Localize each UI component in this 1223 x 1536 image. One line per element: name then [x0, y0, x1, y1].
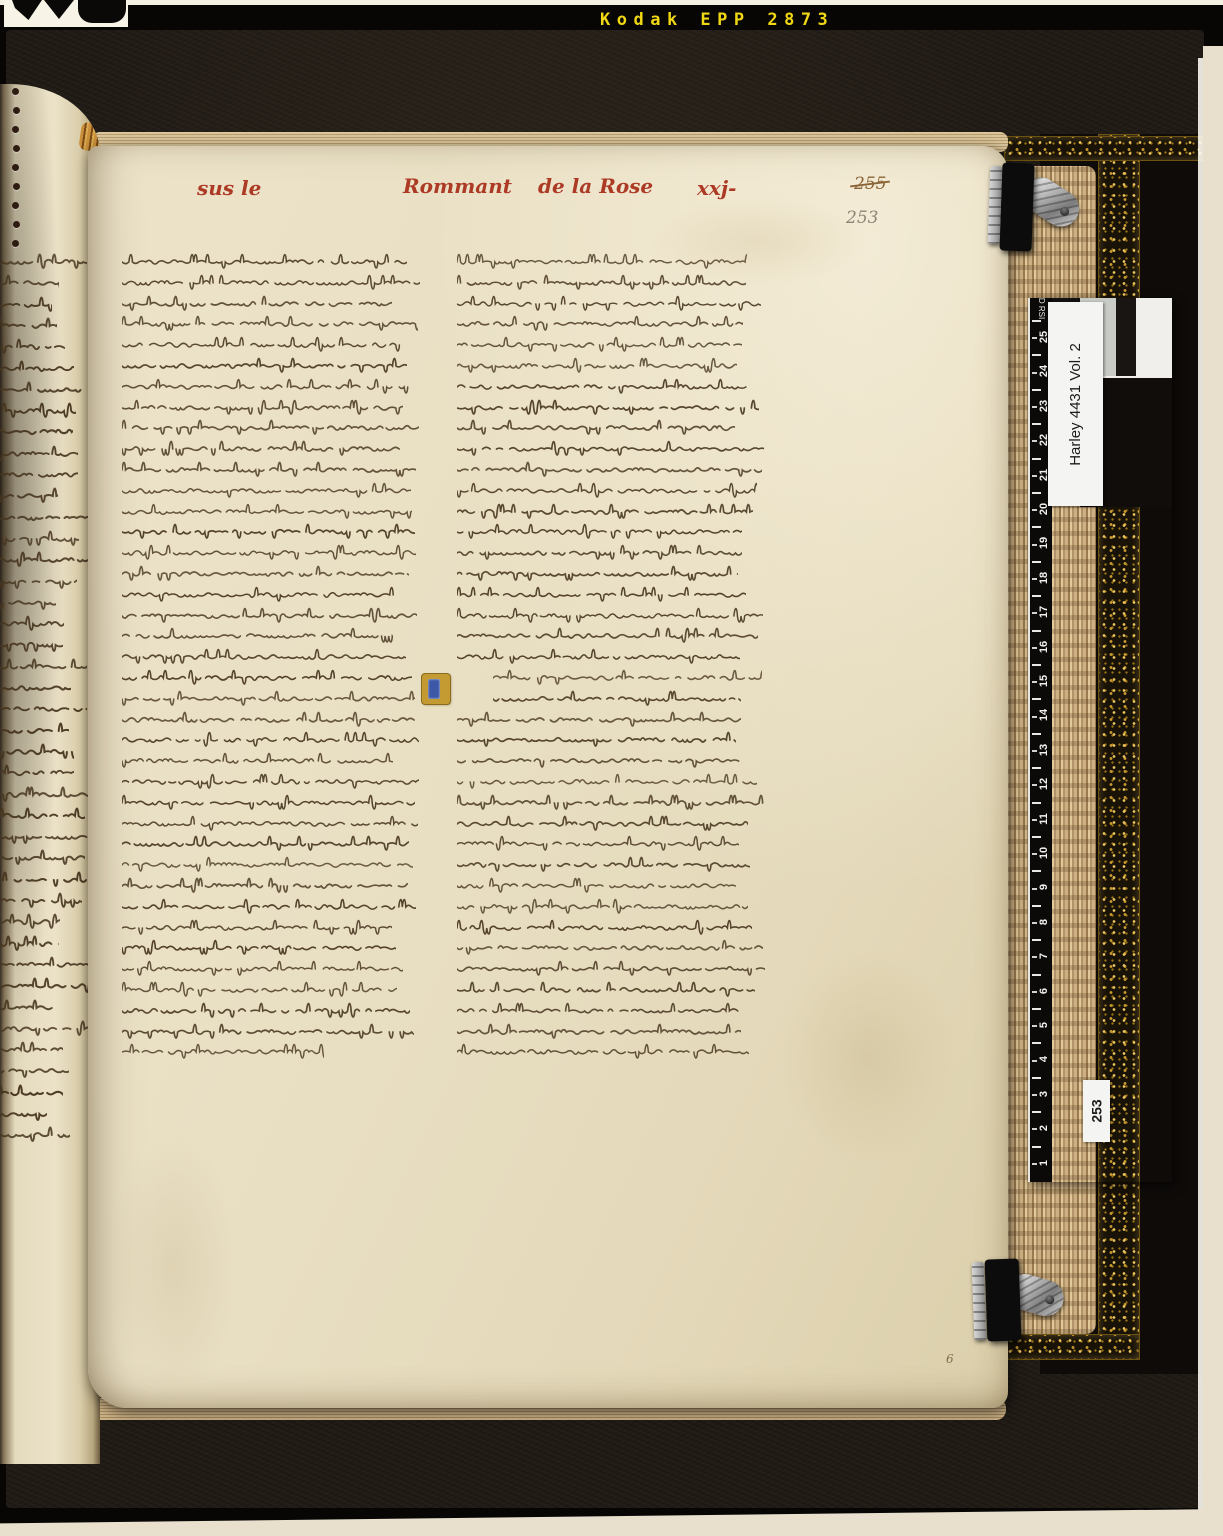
ruler-tick-major — [1032, 870, 1041, 872]
ruler-tick-major — [1032, 1008, 1041, 1010]
manuscript-text-line — [0, 612, 64, 632]
facing-page-edge — [0, 84, 100, 1464]
manuscript-text-line — [457, 853, 750, 873]
binder-clip-bottom — [985, 1258, 1022, 1341]
gilt-cover-border-bottom — [1004, 1334, 1140, 1360]
manuscript-text-line — [0, 889, 82, 909]
sewing-hole-dot — [12, 88, 19, 95]
manuscript-text-line — [0, 633, 63, 653]
sewing-hole-dot — [12, 202, 19, 209]
manuscript-text-line — [457, 416, 735, 436]
ruler-number: 12 — [1034, 770, 1054, 798]
film-edge-highlight — [840, 1, 1220, 4]
manuscript-text-line — [457, 624, 758, 644]
manuscript-text-line — [0, 527, 79, 547]
manuscript-text-line — [457, 1020, 741, 1040]
manuscript-text-line — [0, 293, 52, 313]
manuscript-text-line — [0, 548, 93, 568]
film-edge-markings — [4, 0, 128, 27]
manuscript-text-line — [0, 591, 56, 611]
manuscript-text-line — [0, 783, 94, 803]
manuscript-text-line — [457, 1040, 749, 1060]
manuscript-text-line — [0, 1081, 63, 1101]
ruler-tick-major — [1032, 664, 1041, 666]
ruler-number: 16 — [1034, 633, 1054, 661]
sewing-hole-dot — [13, 221, 20, 228]
sewing-hole-dot — [13, 145, 20, 152]
manuscript-text-line — [457, 728, 736, 748]
ruler-number: 10 — [1034, 839, 1054, 867]
manuscript-page: sus le Rommant de la Rose xxj- 255 253 6 — [88, 146, 1008, 1408]
manuscript-text-line — [457, 458, 762, 478]
manuscript-text-line — [457, 520, 742, 540]
sewing-hole-dot — [13, 107, 20, 114]
ruler-number: 11 — [1034, 805, 1054, 833]
ruler-tick-major — [1032, 733, 1041, 735]
manuscript-text-line — [457, 583, 746, 603]
manuscript-text-line — [0, 420, 73, 440]
manuscript-text-line — [0, 996, 57, 1016]
ruler-number: 9 — [1034, 873, 1054, 901]
ruler-tick-major — [1032, 354, 1041, 356]
ruler-number: 4 — [1034, 1045, 1054, 1073]
manuscript-text-line — [0, 761, 74, 781]
manuscript-text-line — [457, 812, 748, 832]
ruler-number: 18 — [1034, 564, 1054, 592]
shelfmark-label: Harley 4431 Vol. 2 — [1048, 302, 1103, 506]
decorated-initial-A — [422, 674, 450, 704]
ruler-tick-major — [1032, 974, 1041, 976]
manuscript-text-line — [457, 312, 743, 332]
folio-label-text: 253 — [1088, 1099, 1104, 1122]
manuscript-text-line — [0, 378, 84, 398]
ruler-tick-major — [1032, 802, 1041, 804]
manuscript-text-line — [457, 957, 765, 977]
manuscript-text-line — [0, 570, 77, 590]
manuscript-text-line — [0, 1059, 69, 1079]
manuscript-text-line — [457, 437, 764, 457]
manuscript-text-line — [0, 357, 74, 377]
manuscript-text-line — [0, 846, 85, 866]
manuscript-text-line — [457, 250, 747, 270]
ruler-number: 19 — [1034, 529, 1054, 557]
ruler-number: 17 — [1034, 598, 1054, 626]
ruler-tick-major — [1032, 630, 1041, 632]
manuscript-text-line — [0, 506, 89, 526]
ruler-number: 8 — [1034, 908, 1054, 936]
ruler-number: 3 — [1034, 1080, 1054, 1108]
manuscript-text-line — [457, 479, 757, 499]
ruler-tick-major — [1032, 767, 1041, 769]
manuscript-text-line — [457, 999, 744, 1019]
ruler-tick-major — [1032, 1042, 1041, 1044]
ruler-number: 7 — [1034, 942, 1054, 970]
manuscript-text-line — [457, 396, 759, 416]
manuscript-text-line — [457, 916, 752, 936]
manuscript-text-line — [457, 354, 737, 374]
manuscript-text-line — [457, 791, 764, 811]
manuscript-text-line — [457, 708, 741, 728]
manuscript-text-line — [0, 932, 59, 952]
sewing-hole-dot — [13, 183, 20, 190]
ruler-tick-major — [1032, 698, 1041, 700]
ruler-tick-major — [1032, 561, 1041, 563]
manuscript-text-line — [457, 978, 755, 998]
manuscript-text-line — [493, 666, 762, 686]
initial-infill — [428, 679, 440, 699]
manuscript-text-line — [0, 1102, 47, 1122]
manuscript-text-line — [0, 676, 71, 696]
manuscript-text-line — [0, 335, 65, 355]
photograph-of-manuscript: sus le Rommant de la Rose xxj- 255 253 6… — [0, 0, 1223, 1536]
manuscript-text-line — [457, 749, 743, 769]
manuscript-text-line — [457, 832, 739, 852]
text-column-right — [88, 146, 1008, 1408]
manuscript-text-line — [0, 484, 58, 504]
folio-label: 253 — [1083, 1080, 1110, 1142]
manuscript-text-line — [0, 719, 69, 739]
manuscript-text-line — [457, 645, 740, 665]
manuscript-text-line — [457, 936, 763, 956]
manuscript-text-line — [457, 333, 742, 353]
ruler-top-label-text: D RSI — [1038, 297, 1047, 318]
film-notch — [12, 0, 42, 20]
manuscript-text-line — [0, 953, 92, 973]
ruler-tick-major — [1032, 423, 1041, 425]
film-mat-bottom — [0, 1506, 1223, 1536]
ruler-number: 14 — [1034, 701, 1054, 729]
color-calibration-bar: D RSI 2524232221201918171615141312111098… — [1028, 298, 1172, 1182]
ruler-number: 6 — [1034, 977, 1054, 1005]
manuscript-text-line — [457, 874, 739, 894]
film-stock-label: Kodak EPP 2873 — [600, 8, 834, 32]
manuscript-text-line — [0, 463, 78, 483]
ruler-tick-major — [1032, 492, 1041, 494]
quire-mark: 6 — [946, 1352, 954, 1366]
film-notch — [44, 0, 74, 19]
ruler-tick-major — [1032, 320, 1041, 322]
ruler-tick-major — [1032, 458, 1041, 460]
ruler-tick-major — [1032, 1077, 1041, 1079]
manuscript-text-line — [0, 868, 89, 888]
ruler-number: 2 — [1034, 1114, 1054, 1142]
ruler-tick-major — [1032, 1111, 1041, 1113]
manuscript-text-line — [457, 770, 757, 790]
binder-clip-top — [999, 162, 1034, 251]
sewing-hole-dot — [12, 164, 19, 171]
ruler-tick-major — [1032, 939, 1041, 941]
facing-page-text — [0, 84, 100, 1464]
ruler-tick-major — [1032, 836, 1041, 838]
ruler-tick-major — [1032, 389, 1041, 391]
manuscript-text-line — [457, 562, 738, 582]
manuscript-text-line — [0, 804, 85, 824]
gilt-cover-border-top — [1004, 136, 1204, 161]
manuscript-text-line — [457, 604, 763, 624]
ruler-tick-major — [1032, 905, 1041, 907]
manuscript-text-line — [457, 541, 742, 561]
ruler-tick-major — [1032, 595, 1041, 597]
manuscript-text-line — [0, 825, 91, 845]
ruler-tick-major — [1032, 526, 1041, 528]
manuscript-text-line — [0, 697, 87, 717]
manuscript-text-line — [457, 271, 746, 291]
manuscript-text-line — [0, 974, 96, 994]
manuscript-text-line — [0, 655, 87, 675]
ruler-number: 5 — [1034, 1011, 1054, 1039]
manuscript-text-line — [0, 399, 76, 419]
manuscript-text-line — [0, 1038, 63, 1058]
manuscript-text-line — [457, 500, 753, 520]
manuscript-text-line — [0, 1123, 70, 1143]
ruler-tick-major — [1032, 1146, 1041, 1148]
sewing-hole-dot — [12, 126, 19, 133]
manuscript-text-line — [0, 442, 78, 462]
manuscript-text-line — [457, 292, 761, 312]
ruler-number: 1 — [1034, 1149, 1054, 1177]
ruler-number: 15 — [1034, 667, 1054, 695]
ruler-number: 13 — [1034, 736, 1054, 764]
film-notch-tab — [78, 0, 126, 23]
shelfmark-text: Harley 4431 Vol. 2 — [1067, 343, 1084, 466]
manuscript-text-line — [0, 1017, 90, 1037]
manuscript-text-line — [457, 375, 750, 395]
manuscript-text-line — [457, 895, 748, 915]
manuscript-text-line — [0, 314, 57, 334]
manuscript-text-line — [0, 910, 60, 930]
manuscript-text-line — [0, 271, 59, 291]
manuscript-text-line — [0, 250, 87, 270]
manuscript-text-line — [0, 740, 74, 760]
film-mat-right — [1203, 46, 1223, 1536]
sewing-hole-dot — [12, 240, 19, 247]
manuscript-text-line — [493, 687, 741, 707]
